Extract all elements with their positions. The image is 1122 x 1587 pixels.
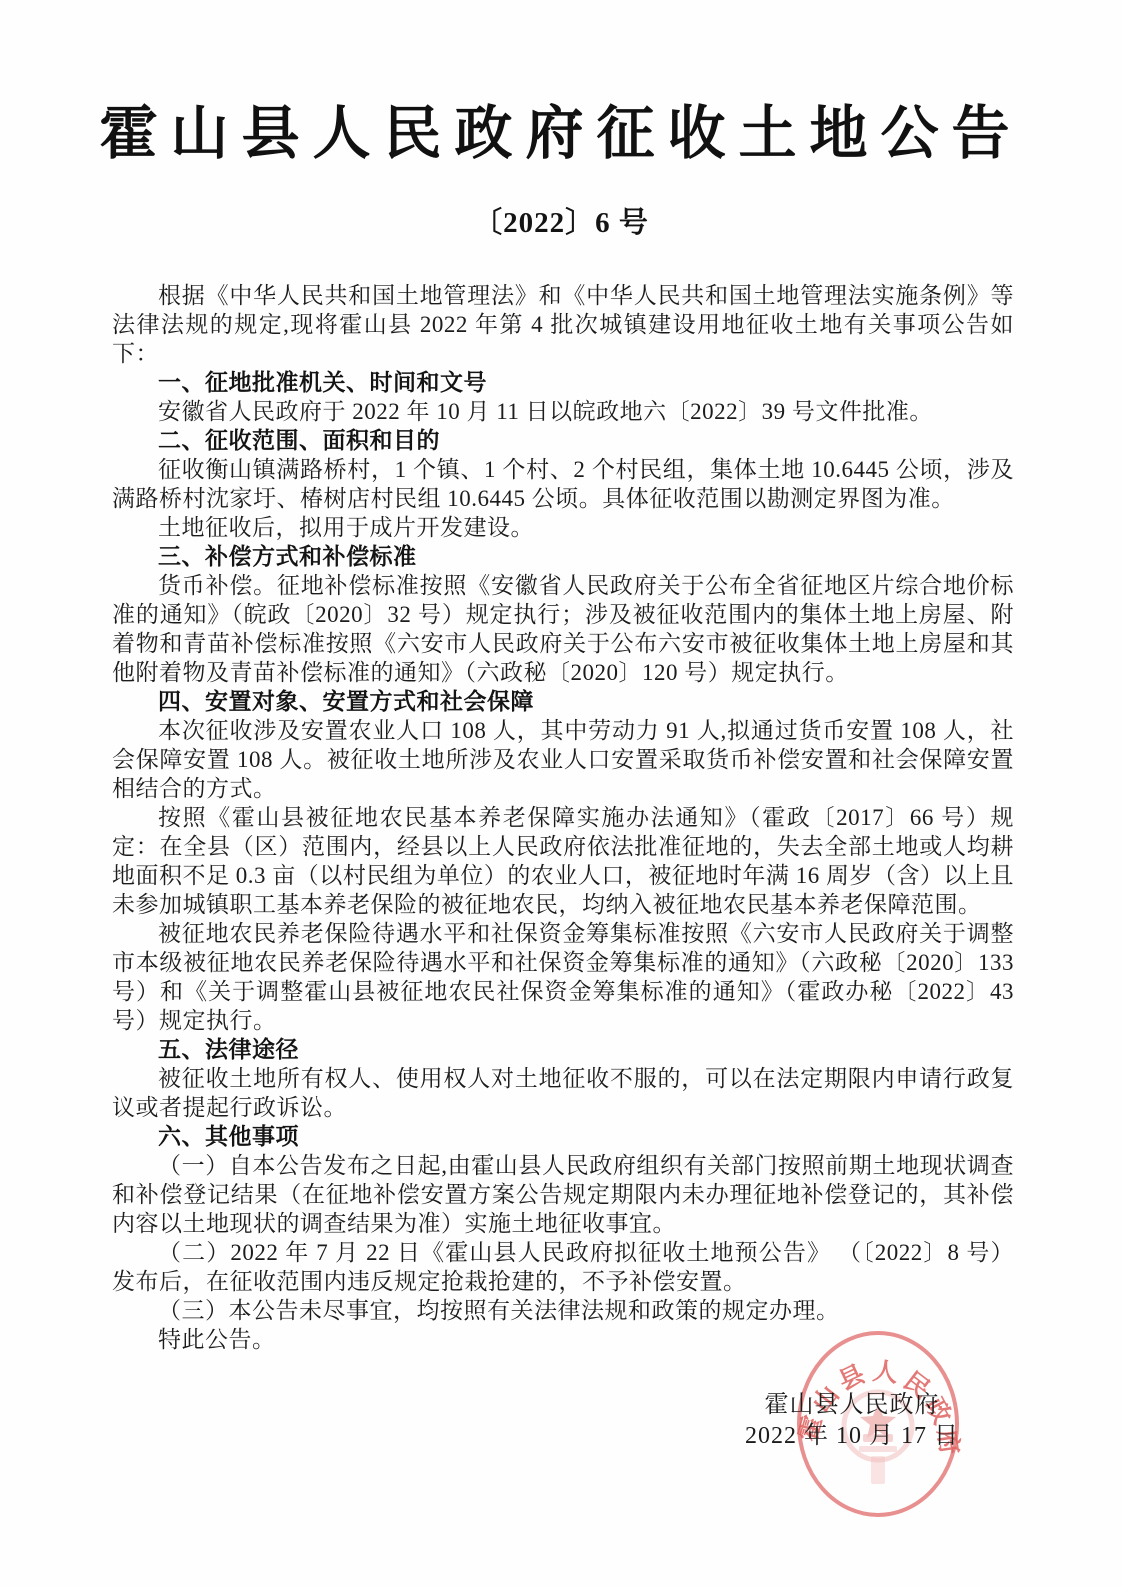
section-4-paragraph: 按照《霍山县被征地农民基本养老保障实施办法通知》（霍政〔2017〕66 号）规定… bbox=[112, 803, 1014, 919]
section-2-paragraph: 土地征收后，拟用于成片开发建设。 bbox=[112, 513, 1014, 542]
document-title: 霍山县人民政府征收土地公告 bbox=[0, 86, 1122, 170]
section-1-paragraph: 安徽省人民政府于 2022 年 10 月 11 日以皖政地六〔2022〕39 号… bbox=[112, 397, 1014, 426]
section-4-heading: 四、安置对象、安置方式和社会保障 bbox=[112, 687, 1014, 716]
signature-issuer: 霍山县人民政府 bbox=[745, 1390, 959, 1421]
section-6-paragraph: （二）2022 年 7 月 22 日《霍山县人民政府拟征收土地预公告》 （〔20… bbox=[112, 1238, 1014, 1296]
announcement-page: 霍山县人民政府征收土地公告 〔2022〕6 号 根据《中华人民共和国土地管理法》… bbox=[0, 0, 1122, 1587]
section-2-heading: 二、征收范围、面积和目的 bbox=[112, 426, 1014, 455]
intro-paragraph: 根据《中华人民共和国土地管理法》和《中华人民共和国土地管理法实施条例》等法律法规… bbox=[112, 281, 1014, 368]
section-4-paragraph: 被征地农民养老保险待遇水平和社保资金筹集标准按照《六安市人民政府关于调整市本级被… bbox=[112, 919, 1014, 1035]
section-6-heading: 六、其他事项 bbox=[112, 1122, 1014, 1151]
section-6-paragraph: （一）自本公告发布之日起,由霍山县人民政府组织有关部门按照前期土地现状调查和补偿… bbox=[112, 1151, 1014, 1238]
section-4-paragraph: 本次征收涉及安置农业人口 108 人，其中劳动力 91 人,拟通过货币安置 10… bbox=[112, 716, 1014, 803]
section-5-paragraph: 被征收土地所有权人、使用权人对土地征收不服的，可以在法定期限内申请行政复议或者提… bbox=[112, 1064, 1014, 1122]
document-body: 根据《中华人民共和国土地管理法》和《中华人民共和国土地管理法实施条例》等法律法规… bbox=[112, 281, 1014, 1354]
section-3-paragraph: 货币补偿。征地补偿标准按照《安徽省人民政府关于公布全省征地区片综合地价标准的通知… bbox=[112, 571, 1014, 687]
document-number: 〔2022〕6 号 bbox=[0, 200, 1122, 241]
closing-paragraph: 特此公告。 bbox=[112, 1325, 1014, 1354]
section-1-heading: 一、征地批准机关、时间和文号 bbox=[112, 368, 1014, 397]
section-5-heading: 五、法律途径 bbox=[112, 1035, 1014, 1064]
signature-date: 2022 年 10 月 17 日 bbox=[745, 1421, 959, 1452]
section-3-heading: 三、补偿方式和补偿标准 bbox=[112, 542, 1014, 571]
section-6-paragraph: （三）本公告未尽事宜，均按照有关法律法规和政策的规定办理。 bbox=[112, 1296, 1014, 1325]
section-2-paragraph: 征收衡山镇满路桥村，1 个镇、1 个村、2 个村民组，集体土地 10.6445 … bbox=[112, 455, 1014, 513]
signature-block: 霍山县人民政府 2022 年 10 月 17 日 bbox=[745, 1390, 959, 1452]
